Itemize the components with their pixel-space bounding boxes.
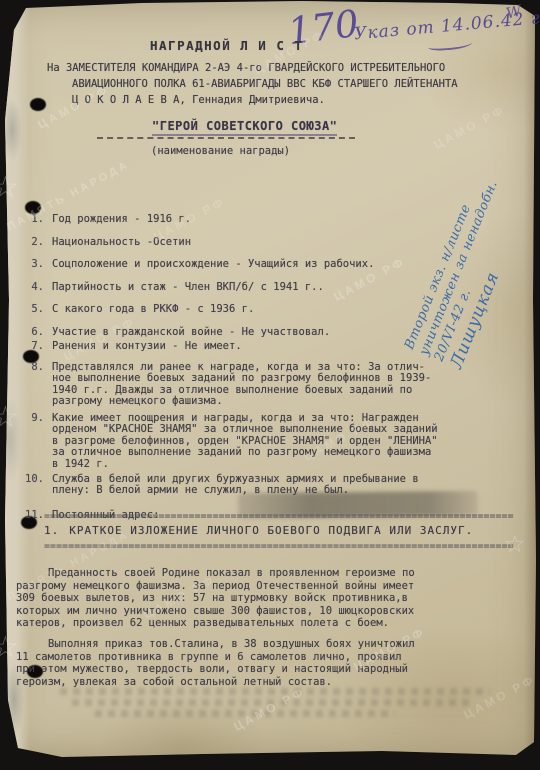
award-caption: (наименование награды) <box>151 145 290 158</box>
recipient-line: Ц О К О Л А Е В А, Геннадия Дмитриевича. <box>72 94 325 107</box>
section-divider: ========================================… <box>44 511 526 522</box>
star-watermark-icon: ☆ <box>0 630 19 665</box>
list-item: 3.Соцположение и происхождение - Учащийс… <box>18 245 374 270</box>
star-watermark-icon: ☆ <box>0 170 19 205</box>
handwritten-corner-mark: W <box>504 1 523 22</box>
summary-paragraph: Выполняя приказ тов.Сталина, в 38 воздуш… <box>16 638 498 688</box>
bleed-through-text <box>60 688 490 695</box>
summary-paragraph: Преданность своей Родине показал в прояв… <box>16 567 498 630</box>
star-watermark-icon: ☆ <box>504 530 526 558</box>
award-underline <box>97 137 355 139</box>
item-number: 10. <box>18 474 44 486</box>
punch-hole <box>30 98 46 111</box>
list-item: 5.С какого года в РККФ - с 1936 г. <box>18 290 254 315</box>
list-item: 9.Какие имеет поощрения и награды, когда… <box>18 401 438 470</box>
list-item: 8.Представлялся ли ранее к награде, когд… <box>18 350 431 408</box>
summary-heading-number: 1. <box>44 524 59 537</box>
item-number: 11. <box>18 509 44 522</box>
right-edge-shadow <box>524 0 538 758</box>
recipient-line: АВИАЦИОННОГО ПОЛКА 61-АВИАБРИГАДЫ ВВС КБ… <box>72 78 458 91</box>
scanned-award-sheet: 170 Указ от 14.06.42 г. W НАГРАДНОЙ Л И … <box>0 0 540 770</box>
item-number: 8. <box>18 362 44 374</box>
item-number: 9. <box>18 413 44 425</box>
summary-heading: 1.КРАТКОЕ ИЗЛОЖЕНИЕ ЛИЧНОГО БОЕВОГО ПОДВ… <box>44 524 473 537</box>
star-watermark-icon: ☆ <box>0 400 19 435</box>
recipient-line: На ЗАМЕСТИТЕЛЯ КОМАНДИРА 2-АЭ 4-го ГВАРД… <box>47 62 445 75</box>
award-name: "ГЕРОЙ СОВЕТСКОГО СОЮЗА" <box>152 120 337 136</box>
